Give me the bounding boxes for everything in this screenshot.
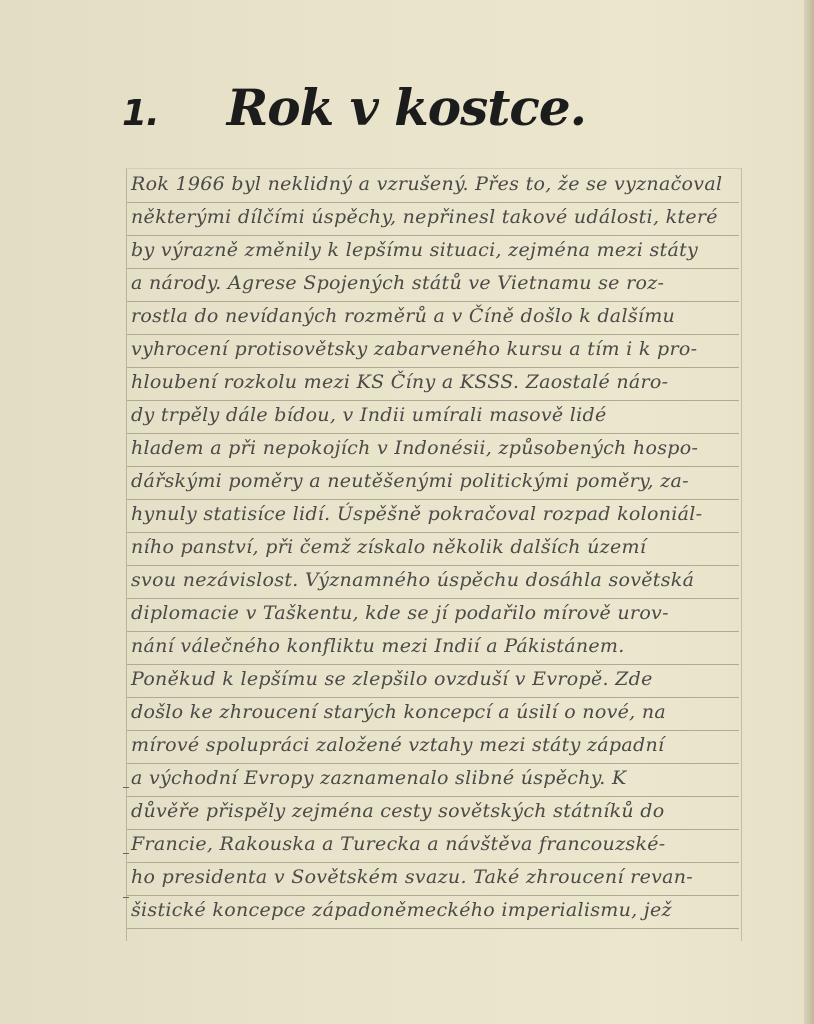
text-line: diplomacie v Taškentu, kde se jí podařil… xyxy=(127,598,739,632)
chapter-heading: 1. Rok v kostce. xyxy=(122,78,586,148)
text-line: a národy. Agrese Spojených států ve Viet… xyxy=(127,268,739,302)
text-line: Rok 1966 byl neklidný a vzrušený. Přes t… xyxy=(127,169,739,203)
text-line: hynuly statisíce lidí. Úspěšně pokračova… xyxy=(127,499,739,533)
text-line: vyhrocení protisovětsky zabarveného kurs… xyxy=(127,334,739,368)
margin-mark xyxy=(123,897,129,898)
text-line: šistické koncepce západoněmeckého imperi… xyxy=(127,895,739,929)
text-line: důvěře přispěly zejména cesty sovětských… xyxy=(127,796,739,830)
handwritten-text-block: Rok 1966 byl neklidný a vzrušený. Přes t… xyxy=(126,168,742,941)
text-line: dy trpěly dále bídou, v Indii umírali ma… xyxy=(127,400,739,434)
text-line: svou nezávislost. Významného úspěchu dos… xyxy=(127,565,739,599)
text-line: ho presidenta v Sovětském svazu. Také zh… xyxy=(127,862,739,896)
text-line: mírové spolupráci založené vztahy mezi s… xyxy=(127,730,739,764)
text-line: a východní Evropy zaznamenalo slibné úsp… xyxy=(127,763,739,797)
text-line: hladem a při nepokojích v Indonésii, způ… xyxy=(127,433,739,467)
page-edge xyxy=(804,0,814,1024)
text-line: některými dílčími úspěchy, nepřinesl tak… xyxy=(127,202,739,236)
text-line: rostla do nevídaných rozměrů a v Číně do… xyxy=(127,301,739,335)
document-page: 1. Rok v kostce. Rok 1966 byl neklidný a… xyxy=(0,0,804,1024)
margin-mark xyxy=(123,853,129,854)
text-line: došlo ke zhroucení starých koncepcí a ús… xyxy=(127,697,739,731)
text-line: dářskými poměry a neutěšenými politickým… xyxy=(127,466,739,500)
text-line: ního panství, při čemž získalo několik d… xyxy=(127,532,739,566)
text-line: hloubení rozkolu mezi KS Číny a KSSS. Za… xyxy=(127,367,739,401)
text-line: nání válečného konfliktu mezi Indií a Pá… xyxy=(127,631,739,665)
text-line: Poněkud k lepšímu se zlepšilo ovzduší v … xyxy=(127,664,739,698)
chapter-title: Rok v kostce. xyxy=(227,78,586,137)
text-line: by výrazně změnily k lepšímu situaci, ze… xyxy=(127,235,739,269)
chapter-number: 1. xyxy=(122,93,159,134)
text-line: Francie, Rakouska a Turecka a návštěva f… xyxy=(127,829,739,863)
margin-mark xyxy=(123,787,129,788)
